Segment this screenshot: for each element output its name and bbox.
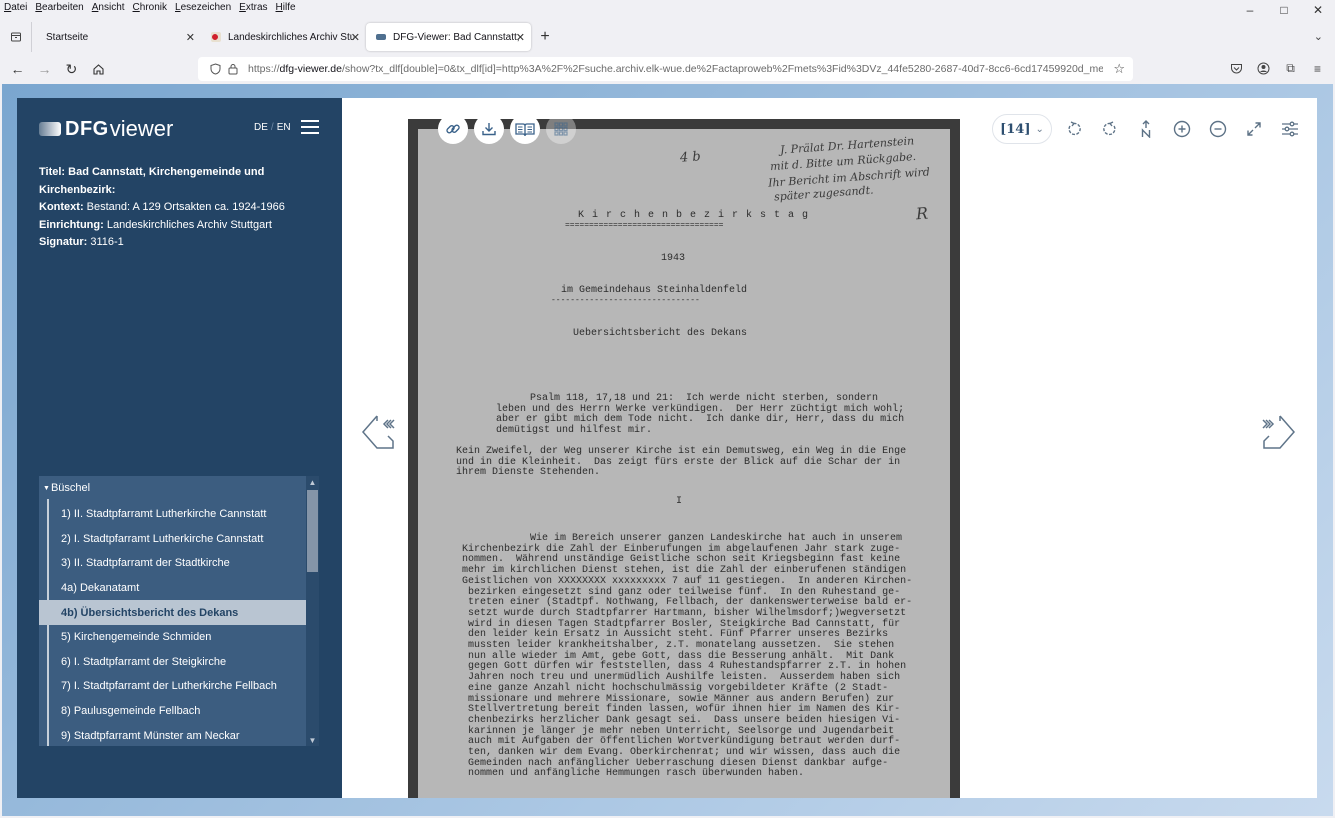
tree-root-bueschel[interactable]: ▼ Büschel [43, 482, 90, 494]
north-reset-icon[interactable] [1128, 114, 1164, 144]
list-all-tabs-icon[interactable]: ⌄ [1314, 30, 1323, 43]
maximize-icon[interactable]: □ [1267, 0, 1301, 20]
app-menu-bar: Datei Bearbeiten Ansicht Chronik Lesezei… [0, 0, 1335, 15]
typed-line: ================================= [565, 221, 723, 232]
download-icon[interactable] [474, 114, 504, 144]
fullscreen-icon[interactable] [1236, 114, 1272, 144]
extensions-icon[interactable]: ⧉ [1281, 59, 1300, 78]
close-tab-icon[interactable]: ✕ [351, 31, 360, 44]
context-value: Bestand: A 129 Ortsakten ca. 1924-1966 [87, 201, 285, 213]
handwritten-initial: R [916, 207, 929, 221]
menu-extras[interactable]: Extras [239, 2, 267, 13]
institution-value: Landeskirchliches Archiv Stuttgart [107, 219, 272, 231]
view-tools: [14] ⌄ [992, 114, 1308, 144]
grid-icon[interactable] [546, 114, 576, 144]
typed-line: mussten leider krankheitshalber, z.T. mo… [462, 641, 894, 652]
forward-icon[interactable]: → [31, 56, 58, 82]
menu-bearbeiten[interactable]: Bearbeiten [35, 2, 83, 13]
menu-datei[interactable]: Datei [4, 2, 27, 13]
tab-dfg-viewer[interactable]: DFG-Viewer: Bad Cannstatt, Kirc ✕ [366, 23, 531, 51]
menu-hilfe[interactable]: Hilfe [276, 2, 296, 13]
typed-line: ihrem Dienste Stehenden. [456, 468, 600, 479]
typed-line: Wie im Bereich unserer ganzen Landeskirc… [530, 534, 902, 545]
url-text: https://dfg-viewer.de/show?tx_dlf[double… [248, 63, 1103, 75]
chevron-down-icon: ⌄ [1036, 124, 1044, 135]
typed-line: 1943 [661, 254, 685, 265]
tree-item[interactable]: 4b) Übersichtsbericht des Dekans [39, 600, 306, 625]
lang-de-link[interactable]: DE [254, 122, 268, 133]
context-label: Kontext: [39, 201, 84, 213]
tab-label: Startseite [46, 32, 88, 43]
tab-label: Landeskirchliches Archiv Stuttg [228, 32, 354, 43]
typed-line: ------------------------------- [551, 296, 700, 307]
tree-item[interactable]: 7) I. Stadtpfarramt der Lutherkirche Fel… [39, 674, 306, 699]
tree-root-label: Büschel [51, 482, 90, 494]
app-menu-icon[interactable]: ≡ [1308, 59, 1327, 78]
tree-item[interactable]: 3) II. Stadtpfarramt der Stadtkirche [39, 551, 306, 576]
tree-item[interactable]: 5) Kirchengemeinde Schmiden [39, 625, 306, 650]
typed-line: eine ganze Anzahl nicht hochschulmässig … [462, 684, 888, 695]
pocket-icon[interactable] [1227, 59, 1246, 78]
scanned-page: J. Prälat Dr. Hartensteinmit d. Bitte um… [418, 129, 950, 798]
tree-item[interactable]: 6) I. Stadtpfarramt der Steigkirche [39, 650, 306, 675]
collapse-triangle-icon[interactable]: ▼ [43, 485, 50, 492]
back-icon[interactable]: ← [4, 56, 31, 82]
tab-startseite[interactable]: Startseite ✕ [36, 23, 201, 51]
tab-label: DFG-Viewer: Bad Cannstatt, Kirc [393, 32, 519, 43]
minimize-icon[interactable]: – [1233, 0, 1267, 20]
logo-text-bold: DFG [65, 118, 109, 141]
link-icon[interactable] [438, 114, 468, 144]
tree-item-list: 1) II. Stadtpfarramt Lutherkirche Cannst… [39, 502, 306, 746]
book-icon[interactable] [510, 114, 540, 144]
menu-chronik[interactable]: Chronik [133, 2, 167, 13]
signature-label: Signatur: [39, 236, 87, 248]
signature-value: 3116-1 [90, 236, 123, 248]
page-viewport: DFG viewer DE/EN Titel: Bad Cannstatt, K… [2, 84, 1333, 816]
window-controls: – □ ✕ [1233, 0, 1335, 20]
menu-ansicht[interactable]: Ansicht [92, 2, 125, 13]
rotate-left-icon[interactable] [1056, 114, 1092, 144]
zoom-out-icon[interactable] [1200, 114, 1236, 144]
dfg-favicon-icon [376, 34, 386, 40]
typed-line: ten, danken wir dem Evang. Oberkirchenra… [462, 748, 900, 759]
close-tab-icon[interactable]: ✕ [516, 31, 525, 44]
logo-text-light: viewer [110, 116, 174, 142]
scrollbar-thumb[interactable] [307, 490, 318, 572]
typed-line: im Gemeindehaus Steinhaldenfeld [561, 286, 747, 297]
page-select-dropdown[interactable]: [14] ⌄ [992, 114, 1052, 144]
page-select-value: [14] [1000, 122, 1030, 137]
hamburger-menu-icon[interactable] [301, 120, 319, 134]
next-page-icon[interactable] [1257, 412, 1297, 454]
language-switcher: DE/EN [254, 122, 291, 133]
institution-label: Einrichtung: [39, 219, 104, 231]
scroll-down-icon[interactable]: ▼ [306, 734, 319, 746]
tab-landeskirchliches-archiv[interactable]: Landeskirchliches Archiv Stuttg ✕ [201, 23, 366, 51]
zoom-in-icon[interactable] [1164, 114, 1200, 144]
typed-line: demütigst und hilfest mir. [496, 426, 652, 437]
dfg-viewer-logo[interactable]: DFG viewer [39, 116, 173, 142]
account-icon[interactable] [1254, 59, 1273, 78]
typed-line: Kein Zweifel, der Weg unserer Kirche ist… [456, 447, 906, 458]
lock-icon[interactable] [224, 63, 242, 75]
tree-item[interactable]: 4a) Dekanatamt [39, 576, 306, 601]
document-metadata: Titel: Bad Cannstatt, Kirchengemeinde un… [39, 164, 299, 252]
previous-page-icon[interactable] [360, 412, 400, 454]
title-value: Bad Cannstatt, Kirchengemeinde und Kirch… [39, 166, 264, 196]
document-tools [438, 114, 576, 144]
rotate-right-icon[interactable] [1092, 114, 1128, 144]
dfg-logo-mark-icon [39, 122, 61, 136]
tree-item[interactable]: 1) II. Stadtpfarramt Lutherkirche Cannst… [39, 502, 306, 527]
lang-en-link[interactable]: EN [277, 122, 291, 133]
url-bar[interactable]: https://dfg-viewer.de/show?tx_dlf[double… [198, 57, 1133, 81]
tree-item[interactable]: 8) Paulusgemeinde Fellbach [39, 699, 306, 724]
settings-sliders-icon[interactable] [1272, 114, 1308, 144]
bookmark-star-icon[interactable]: ☆ [1113, 61, 1125, 77]
tree-item[interactable]: 2) I. Stadtpfarramt Lutherkirche Cannsta… [39, 527, 306, 552]
title-label: Titel: [39, 166, 65, 178]
typed-line: Psalm 118, 17,18 und 21: Ich werde nicht… [530, 394, 878, 405]
menu-lesezeichen[interactable]: Lesezeichen [175, 2, 231, 13]
archive-favicon-icon [211, 32, 221, 42]
close-window-icon[interactable]: ✕ [1301, 0, 1335, 20]
document-viewer[interactable]: J. Prälat Dr. Hartensteinmit d. Bitte um… [342, 98, 1317, 798]
page-scan[interactable]: J. Prälat Dr. Hartensteinmit d. Bitte um… [408, 119, 960, 798]
typed-line: nommen und anfängliche Hemmungen rasch ü… [462, 769, 804, 780]
tab-list-icon[interactable] [0, 22, 32, 52]
lang-separator: / [271, 122, 274, 133]
tracking-shield-icon[interactable] [206, 63, 224, 75]
typed-line: setzt wurde durch Stadtpfarrer Hartmann,… [462, 609, 906, 620]
typed-line: I [676, 497, 682, 508]
viewer-sidebar: DFG viewer DE/EN Titel: Bad Cannstatt, K… [17, 98, 342, 798]
tree-scrollbar[interactable]: ▲ ▼ [306, 476, 319, 746]
typed-line: chenbezirks herzlicher Dank gesagt sei. … [462, 716, 900, 727]
table-of-contents-tree: ▼ Büschel 1) II. Stadtpfarramt Lutherkir… [39, 476, 319, 746]
typed-line: Geistlichen von XXXXXXXX xxxxxxxxx 7 auf… [462, 577, 912, 588]
navigation-bar: ← → ↻ https://dfg-viewer.de/show?tx_dlf[… [0, 55, 1335, 83]
typed-line: aber er gibt mich dem Tode nicht. Ich da… [496, 415, 904, 426]
home-icon[interactable] [85, 56, 112, 82]
tree-item[interactable]: 9) Stadtpfarramt Münster am Neckar [39, 723, 306, 746]
close-tab-icon[interactable]: ✕ [186, 31, 195, 44]
typed-line: K i r c h e n b e z i r k s t a g [578, 211, 809, 222]
handwritten-mark: 4 b [680, 150, 702, 164]
reload-icon[interactable]: ↻ [58, 56, 85, 82]
tab-bar: Startseite ✕ Landeskirchliches Archiv St… [0, 22, 1335, 52]
new-tab-button[interactable]: + [531, 23, 559, 51]
typed-line: Uebersichtsbericht des Dekans [573, 329, 747, 340]
scroll-up-icon[interactable]: ▲ [306, 476, 319, 488]
